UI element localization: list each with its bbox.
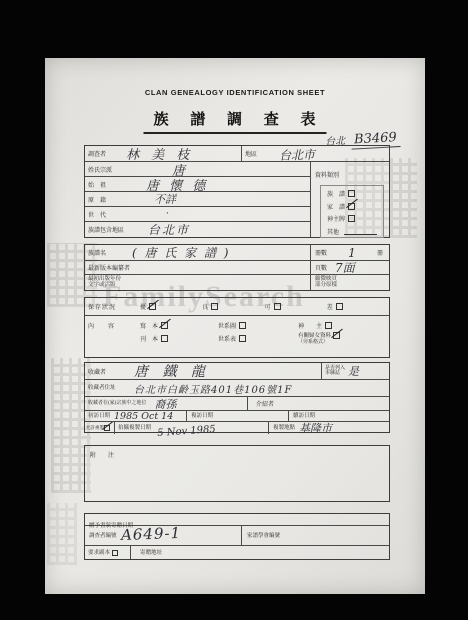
checkbox-copy-permission bbox=[104, 425, 110, 431]
category-label: 資料類別 bbox=[311, 173, 339, 179]
ancestral-tablet-content-label: 神 主 bbox=[298, 321, 322, 330]
condition-poor: 差 bbox=[327, 302, 389, 311]
surveyor-number-value: A649-1 bbox=[116, 524, 181, 544]
film-place-value: 基隆市 bbox=[299, 420, 332, 436]
other-blank-line bbox=[344, 227, 377, 235]
owner-address-value: 台北市白齡玉路401巷106號1F bbox=[130, 381, 389, 396]
section-condition-content: 保存狀況 優 良 可 差 內 容 寫 本 刊 本 世系圖 世系表 神 主 有關婦… bbox=[84, 297, 390, 358]
notes-label: 附 注 bbox=[85, 446, 389, 459]
generations-value: · bbox=[166, 209, 169, 219]
condition-excellent: 優 bbox=[140, 302, 202, 311]
category-checklist: 族 譜 家 譜 神主牌 其他 bbox=[320, 185, 384, 238]
women-records-note: （旁系格式） bbox=[298, 340, 389, 346]
surveyor-number-label: 調查者編號 bbox=[85, 533, 117, 539]
copy-permission-label: 允許複製 bbox=[85, 425, 104, 431]
film-date-value: 5 Nov 1985 bbox=[157, 423, 216, 438]
clan-position-label: 收藏者在(家)宗族中之地位 bbox=[85, 401, 146, 407]
area-value: 台北市 bbox=[273, 143, 390, 164]
print-type-label: 文字或活版 bbox=[88, 282, 310, 288]
section-notes: 附 注 bbox=[84, 445, 390, 502]
checkbox-clan-genealogy bbox=[348, 190, 355, 197]
region-covered-label: 族譜包含地區 bbox=[85, 225, 132, 234]
checkbox-pedigree-table bbox=[239, 335, 246, 342]
category-clan-genealogy-label: 族 譜 bbox=[327, 189, 345, 198]
checkbox-women-records bbox=[333, 332, 340, 339]
genealogy-title-label: 族譜名 bbox=[85, 248, 124, 257]
women-records-label: 有關婦女資料 bbox=[298, 333, 331, 339]
section-genealogy-details: 族譜名( 唐 氏 家 譜 ) 最新版本編纂者 最初出版年份 文字或活版 冊數1冊… bbox=[84, 244, 390, 291]
listed-value: 是 bbox=[348, 363, 359, 379]
pedigree-table-label: 世系表 bbox=[218, 334, 236, 343]
checkbox-manuscript bbox=[161, 322, 168, 329]
english-title: CLAN GENEALOGY IDENTIFICATION SHEET bbox=[45, 88, 425, 97]
checkbox-ancestral-tablet-content bbox=[325, 322, 332, 329]
ancestor-label: 始 祖 bbox=[85, 180, 132, 189]
category-family-genealogy-label: 家 譜 bbox=[327, 202, 345, 211]
area-label: 地區 bbox=[241, 146, 273, 161]
pages-label: 頁數 bbox=[311, 263, 327, 272]
clan-position-value: 裔孫 bbox=[154, 396, 176, 412]
mailing-address-label: 寄贈地址 bbox=[131, 550, 162, 556]
request-copy-label: 要求副本 bbox=[85, 550, 110, 556]
volumes-value: 1 bbox=[331, 246, 373, 260]
condition-label: 保存狀況 bbox=[85, 302, 140, 311]
condition-good: 良 bbox=[202, 302, 264, 311]
owner-address-label: 收藏者住址 bbox=[85, 385, 130, 391]
listed-label-line2: 本縣誌 bbox=[325, 371, 345, 377]
first-visit-label: 初訪日期 bbox=[85, 413, 110, 419]
film-place-label: 複製地點 bbox=[269, 425, 295, 431]
surveyor-label: 調查者 bbox=[85, 149, 122, 158]
society-number-label: 家譜學會編號 bbox=[242, 533, 280, 539]
checkbox-fair bbox=[274, 303, 281, 310]
checkbox-family-genealogy bbox=[348, 203, 355, 210]
section-owner-visits: 收藏者 唐 鐵 龍 是否列入 本縣誌 是 收藏者住址 台北市白齡玉路401巷10… bbox=[84, 362, 390, 433]
pedigree-chart-label: 世系圖 bbox=[218, 321, 236, 330]
checkbox-ancestral-tablet bbox=[348, 215, 355, 222]
partial-original-label: 部分原樣 bbox=[315, 282, 389, 288]
content-label: 內 容 bbox=[85, 321, 140, 358]
checkbox-pedigree-chart bbox=[239, 322, 246, 329]
scanned-form-page: FamilySearch CLAN GENEALOGY IDENTIFICATI… bbox=[45, 58, 425, 594]
owner-value: 唐 鐵 龍 bbox=[124, 361, 321, 381]
owner-label: 收藏者 bbox=[85, 367, 124, 376]
film-date-label: 拍攝複製日期 bbox=[115, 425, 151, 431]
category-ancestral-tablet-label: 神主牌 bbox=[327, 214, 345, 223]
compiler-label: 最新版本編纂者 bbox=[85, 263, 130, 272]
pages-value: 7面 bbox=[335, 259, 355, 276]
generations-label: 世 代 bbox=[85, 210, 132, 219]
watermark-pattern-bottom-left bbox=[47, 503, 77, 565]
printed-label: 刊 本 bbox=[140, 334, 158, 343]
category-other-label: 其他 bbox=[327, 227, 339, 236]
introducer-label: 介紹者 bbox=[248, 399, 274, 408]
surname-label: 姓氏宗派 bbox=[85, 165, 132, 174]
volumes-unit: 冊 bbox=[377, 248, 389, 257]
condition-fair: 可 bbox=[265, 302, 327, 311]
region-covered-value: 台北市 bbox=[148, 221, 190, 238]
genealogy-title-value: ( 唐 氏 家 譜 ) bbox=[132, 244, 230, 261]
checkbox-printed bbox=[161, 335, 168, 342]
checkbox-request-copy bbox=[112, 550, 118, 556]
second-visit-label: 複訪日期 bbox=[187, 413, 213, 419]
origin-value: 不詳 bbox=[154, 191, 176, 207]
checkbox-excellent bbox=[149, 303, 156, 310]
checkbox-good bbox=[211, 303, 218, 310]
volumes-label: 冊數 bbox=[311, 248, 327, 257]
page-title: 族 譜 調 查 表 bbox=[143, 108, 326, 134]
section-numbering: 贈予書狀寄贈日期 調查者編號 A649-1 家譜學會編號 要求副本 寄贈地址 bbox=[84, 513, 390, 560]
origin-label: 原 籍 bbox=[85, 195, 132, 204]
section-clan-info: 調查者 林 美 枝 地區 台北市 姓氏宗派唐 始 祖唐 懷 德 原 籍不詳 世 … bbox=[84, 145, 390, 238]
first-visit-value: 1985 Oct 14 bbox=[114, 411, 173, 422]
checkbox-poor bbox=[336, 303, 343, 310]
manuscript-label: 寫 本 bbox=[140, 321, 158, 330]
followup-visit-label: 續訪日期 bbox=[289, 413, 315, 419]
